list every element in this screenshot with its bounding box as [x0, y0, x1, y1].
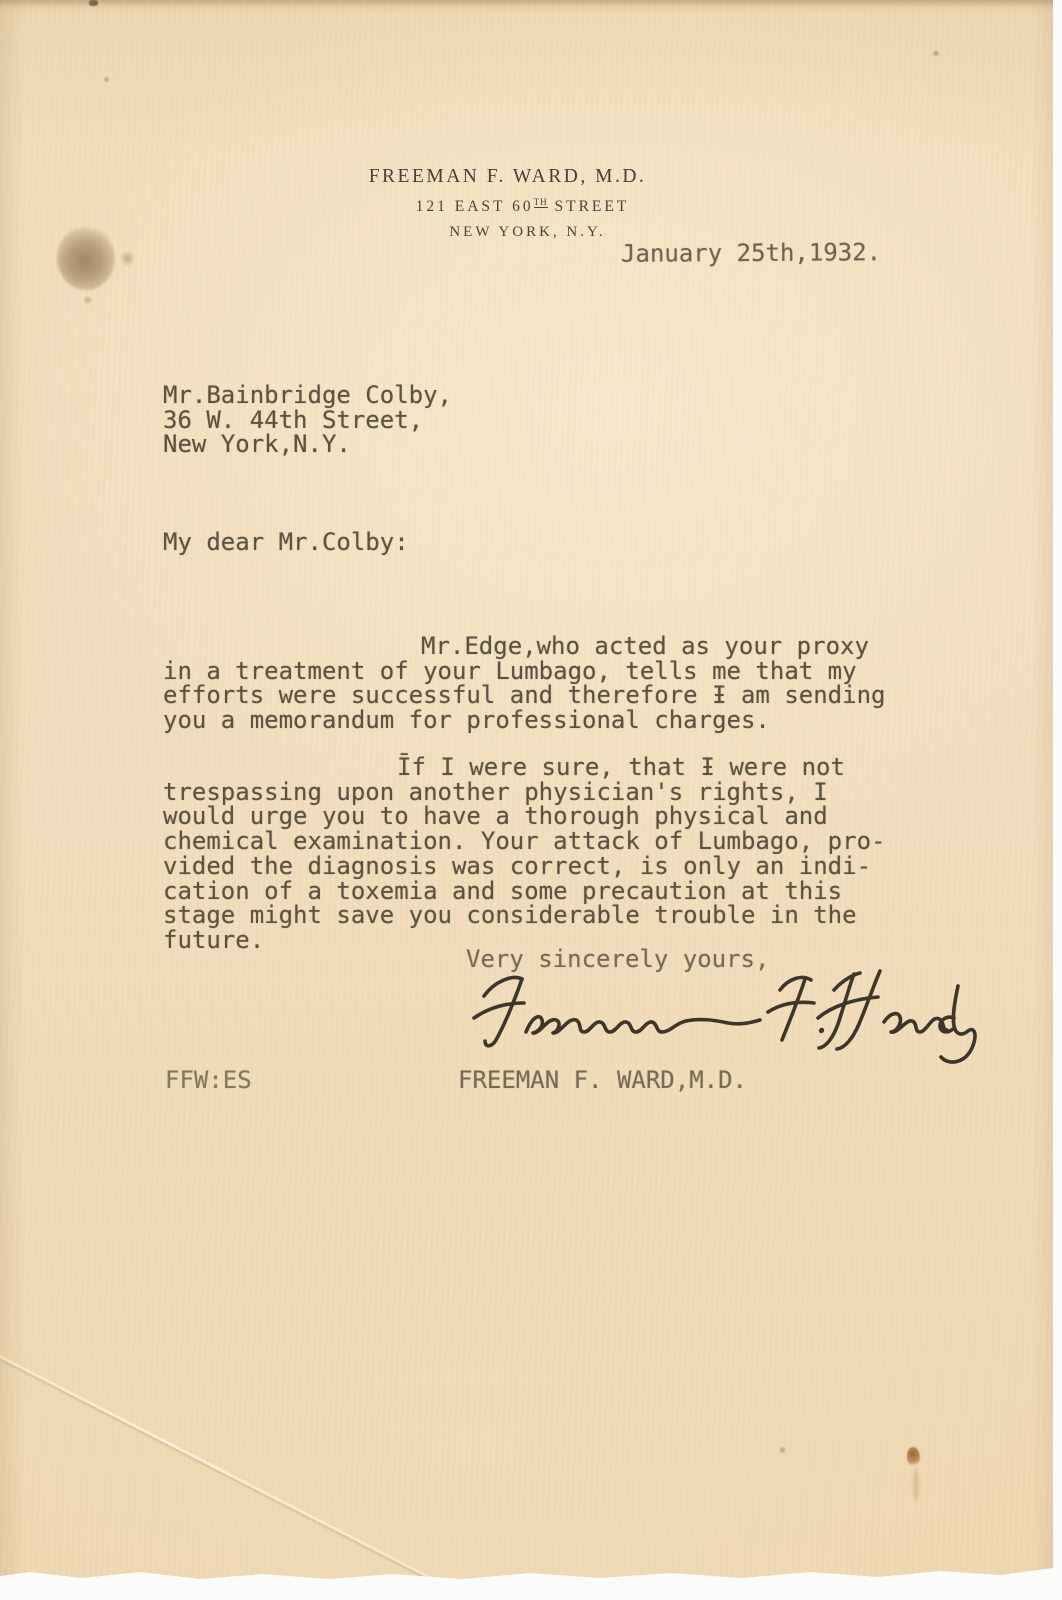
rust-spot-tail: [913, 1468, 919, 1502]
paper-speck: [89, 0, 98, 6]
paper-speck: [84, 297, 91, 303]
body-paragraph-2: Īf I were sure, that Ɨ were not trespass…: [163, 755, 963, 953]
rust-spot: [907, 1447, 920, 1467]
letterhead-street-name: STREET: [548, 198, 630, 215]
body-paragraph-1: Mr.Edge,who acted as your proxy in a tre…: [163, 634, 953, 733]
stain-dot: [119, 251, 136, 266]
letterhead-city: NEW YORK, N.Y.: [1, 224, 1054, 241]
recipient-address: Mr.Bainbridge Colby, 36 W. 44th Street, …: [163, 383, 452, 457]
signature-ink-strokes: [462, 960, 992, 1072]
letter-paper: FREEMAN F. WARD, M.D. 121 EAST 60TH STRE…: [0, 0, 1053, 1582]
letterhead-street-number: 121 EAST 60: [416, 198, 534, 215]
paper-speck: [104, 77, 109, 82]
paper-speck: [933, 51, 939, 56]
letterhead-street: 121 EAST 60TH STREET: [0, 197, 1049, 216]
letterhead-name: FREEMAN F. WARD, M.D.: [0, 166, 1034, 188]
salutation: My dear Mr.Colby:: [163, 530, 409, 555]
fold-crease: [0, 1352, 432, 1580]
handwritten-signature: [462, 960, 992, 1072]
paper-speck: [780, 1447, 785, 1453]
letter-date: January 25th,1932.: [621, 240, 881, 266]
typist-initials: FFW:ES: [165, 1068, 252, 1093]
letterhead-street-ordinal: TH: [534, 197, 548, 208]
scanned-letter-page: FREEMAN F. WARD, M.D. 121 EAST 60TH STRE…: [0, 0, 1062, 1600]
